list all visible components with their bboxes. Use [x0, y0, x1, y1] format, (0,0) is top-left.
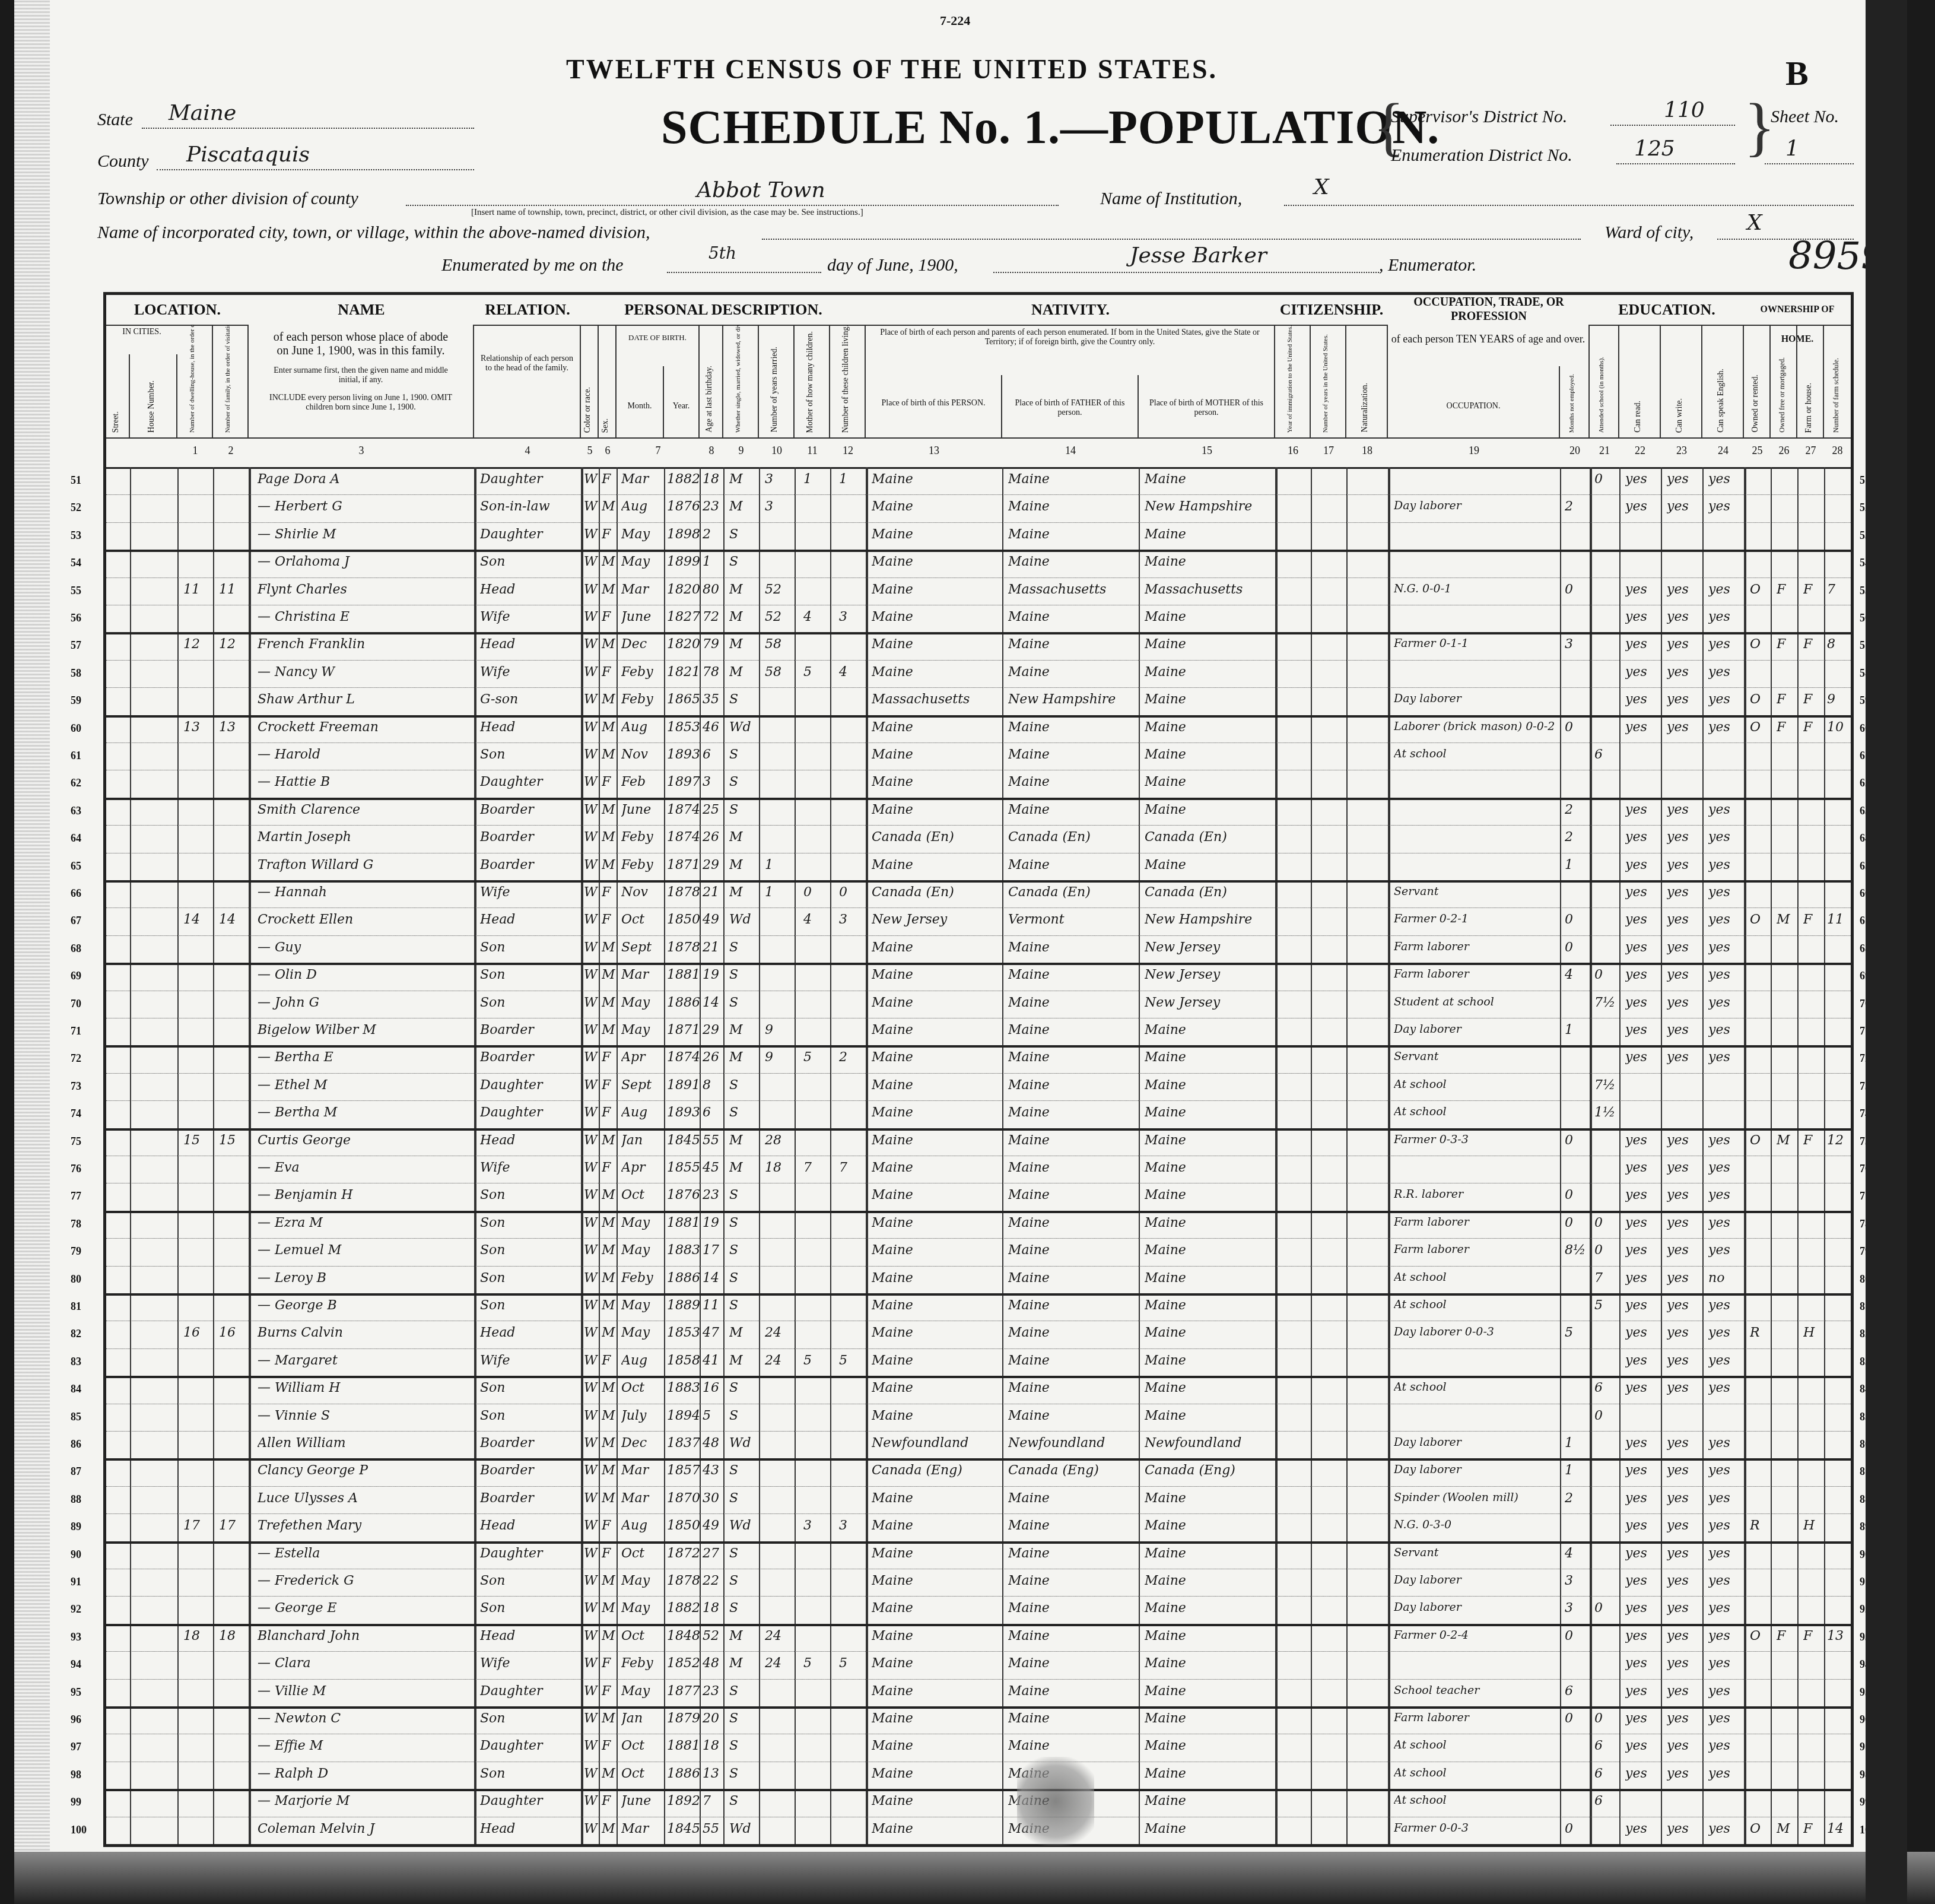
census-row: 94 — Clara Wife W F Feby 1852 48 M 24 5 … — [106, 1651, 1851, 1679]
birthplace-person: Maine — [872, 1601, 999, 1616]
relation: G-son — [480, 692, 578, 707]
line-number-left: 90 — [71, 1548, 81, 1561]
sex: M — [602, 1601, 617, 1616]
birthplace-mother: Maine — [1145, 1078, 1272, 1093]
can-speak-english: yes — [1708, 1436, 1743, 1451]
birth-month: Feby — [621, 692, 663, 707]
person-name: — George E — [258, 1601, 471, 1616]
person-name: — Ethel M — [258, 1078, 471, 1093]
months-unemployed: 0 — [1565, 1711, 1588, 1726]
birthplace-father: Maine — [1008, 1325, 1136, 1340]
line-number-left: 67 — [71, 915, 81, 927]
months-unemployed: 0 — [1565, 1822, 1588, 1836]
birth-year: 1881 — [667, 967, 700, 982]
birthplace-person: Maine — [872, 1298, 999, 1313]
person-name: Flynt Charles — [258, 582, 471, 597]
school-months: 6 — [1594, 1766, 1618, 1781]
can-read: yes — [1625, 802, 1660, 817]
can-read: yes — [1625, 912, 1660, 927]
birth-month: Mar — [621, 1463, 663, 1478]
census-row: 89 17 17 Trefethen Mary Head W F Aug 185… — [106, 1513, 1851, 1543]
birthplace-father: Maine — [1008, 1381, 1136, 1395]
birthplace-father: Maine — [1008, 1216, 1136, 1230]
can-write: yes — [1667, 885, 1701, 900]
birthplace-mother: Maine — [1145, 1381, 1272, 1395]
relation: Head — [480, 1822, 578, 1836]
person-name: — Newton C — [258, 1711, 471, 1726]
page-edge-right — [1866, 0, 1907, 1904]
age: 52 — [703, 1629, 723, 1643]
family-number: 14 — [219, 912, 246, 927]
school-months: 1½ — [1594, 1105, 1618, 1120]
age: 14 — [703, 1271, 723, 1286]
can-read: yes — [1625, 1738, 1660, 1753]
farm-house: F — [1803, 1629, 1822, 1643]
age: 11 — [703, 1298, 723, 1313]
group-citizenship: CITIZENSHIP. — [1275, 295, 1388, 326]
month-label: Month. — [628, 402, 652, 411]
person-name: — Nancy W — [258, 665, 471, 680]
can-write: yes — [1667, 1684, 1701, 1699]
marital-status: S — [729, 1105, 759, 1120]
census-row: 62 — Hattie B Daughter W F Feb 1897 3 S … — [106, 770, 1851, 799]
person-name: — Leroy B — [258, 1271, 471, 1286]
census-row: 51 Page Dora A Daughter W F Mar 1882 18 … — [106, 467, 1851, 495]
marital-status: S — [729, 1408, 759, 1423]
institution-line — [1284, 205, 1854, 206]
school-months: 0 — [1594, 472, 1618, 487]
can-read: yes — [1625, 1050, 1660, 1065]
birthplace-mother: Newfoundland — [1145, 1436, 1272, 1451]
birthplace-mother: Maine — [1145, 1656, 1272, 1671]
can-read: yes — [1625, 692, 1660, 707]
birth-year: 1878 — [667, 1573, 700, 1588]
can-read: yes — [1625, 610, 1660, 624]
can-read: yes — [1625, 1573, 1660, 1588]
mother-of: 5 — [803, 1656, 830, 1671]
can-write: yes — [1667, 1518, 1701, 1533]
col-num: 25 — [1744, 445, 1771, 457]
birthplace-mother: Maine — [1145, 1243, 1272, 1258]
marital-status: M — [729, 472, 759, 487]
occupation-header: OCCUPATION. — [1388, 366, 1560, 437]
supervisor-line — [1610, 125, 1735, 126]
months-unemployed: 0 — [1565, 912, 1588, 927]
sheet-line — [1765, 163, 1854, 164]
years-married: 1 — [765, 858, 795, 872]
sex: F — [602, 1078, 617, 1093]
birthplace-mother: Maine — [1145, 1546, 1272, 1561]
ward-value: X — [1747, 211, 1762, 235]
marital-status: S — [729, 1078, 759, 1093]
school-months: 7½ — [1594, 995, 1618, 1010]
city-line — [762, 239, 1581, 240]
color-race: W — [584, 1794, 599, 1808]
sex: F — [602, 1353, 617, 1368]
color-race: W — [584, 692, 599, 707]
relation: Boarder — [480, 1463, 578, 1478]
line-number-left: 72 — [71, 1052, 81, 1065]
marital-status: M — [729, 1325, 759, 1340]
sex: M — [602, 1381, 617, 1395]
birth-month: Oct — [621, 1381, 663, 1395]
birthplace-father: Maine — [1008, 1133, 1136, 1148]
immigration-label: Year of immigration to the United States… — [1286, 325, 1294, 433]
sex: M — [602, 1188, 617, 1202]
can-speak-english: yes — [1708, 1188, 1743, 1202]
birth-year: 1881 — [667, 1738, 700, 1753]
children-living: 3 — [839, 1518, 866, 1533]
col-num: 6 — [599, 445, 617, 457]
birth-year: 1897 — [667, 775, 700, 789]
marital-status: S — [729, 802, 759, 817]
can-speak-english: yes — [1708, 1160, 1743, 1175]
years-married: 3 — [765, 472, 795, 487]
occupation: Farmer 0-1-1 — [1394, 637, 1557, 650]
line-number-left: 87 — [71, 1465, 81, 1478]
group-location: LOCATION. — [106, 295, 249, 326]
birth-year: 1874 — [667, 830, 700, 845]
can-read: yes — [1625, 1684, 1660, 1699]
can-write: yes — [1667, 1216, 1701, 1230]
can-read: yes — [1625, 472, 1660, 487]
mother-of: 1 — [803, 472, 830, 487]
occupation: Laborer (brick mason) 0-0-2 — [1394, 720, 1557, 733]
color-race: W — [584, 1381, 599, 1395]
birthplace-person: Canada (En) — [872, 885, 999, 900]
birth-month: Mar — [621, 582, 663, 597]
col-num: 1 — [177, 445, 213, 457]
census-row: 69 — Olin D Son W M Mar 1881 19 S Maine … — [106, 963, 1851, 991]
census-row: 82 16 16 Burns Calvin Head W M May 1853 … — [106, 1321, 1851, 1348]
birth-year: 1820 — [667, 637, 700, 652]
birthplace-mother: Maine — [1145, 1601, 1272, 1616]
birth-year: 1878 — [667, 885, 700, 900]
birthplace-mother: Maine — [1145, 637, 1272, 652]
birth-year: 1872 — [667, 1546, 700, 1561]
house-number-label: House Number. — [147, 380, 157, 433]
age: 3 — [703, 775, 723, 789]
col-num: 27 — [1797, 445, 1824, 457]
nativity-desc-header: Place of birth of each person and parent… — [866, 325, 1275, 375]
birthplace-mother: Maine — [1145, 1408, 1272, 1423]
birthplace-person: Maine — [872, 1325, 999, 1340]
census-row: 71 Bigelow Wilber M Boarder W M May 1871… — [106, 1018, 1851, 1048]
farm-schedule: 11 — [1827, 912, 1851, 927]
birthplace-mother: Maine — [1145, 802, 1272, 817]
color-race: W — [584, 775, 599, 789]
marital-status: M — [729, 1656, 759, 1671]
can-read: yes — [1625, 1023, 1660, 1037]
birth-month: May — [621, 995, 663, 1010]
can-write: yes — [1667, 472, 1701, 487]
col-num: 10 — [759, 445, 795, 457]
institution-value: X — [1314, 175, 1329, 199]
birth-mother-label: Place of birth of MOTHER of this person. — [1149, 399, 1263, 417]
person-name: — Vinnie S — [258, 1408, 471, 1423]
years-married: 58 — [765, 637, 795, 652]
line-number-left: 83 — [71, 1356, 81, 1368]
age: 48 — [703, 1436, 723, 1451]
farm-house: H — [1803, 1518, 1822, 1533]
color-race: W — [584, 1656, 599, 1671]
occupation: Day laborer — [1394, 1601, 1557, 1614]
birthplace-father: Maine — [1008, 802, 1136, 817]
relation: Son — [480, 1188, 578, 1202]
school-months: 5 — [1594, 1298, 1618, 1313]
age: 72 — [703, 610, 723, 624]
birthplace-father: Maine — [1008, 720, 1136, 735]
relation: Son — [480, 1381, 578, 1395]
relation: Daughter — [480, 1794, 578, 1808]
line-number-left: 60 — [71, 722, 81, 735]
census-row: 67 14 14 Crockett Ellen Head W F Oct 185… — [106, 907, 1851, 935]
can-read: yes — [1625, 1601, 1660, 1616]
person-name: — Ralph D — [258, 1766, 471, 1781]
can-write: yes — [1667, 1243, 1701, 1258]
relation: Son — [480, 554, 578, 569]
birth-month: May — [621, 1243, 663, 1258]
birthplace-person: Maine — [872, 637, 999, 652]
dwelling-number: 11 — [183, 582, 210, 597]
marital-status: M — [729, 1160, 759, 1175]
line-number-left: 99 — [71, 1796, 81, 1808]
line-number-left: 53 — [71, 529, 81, 542]
sex: F — [602, 610, 617, 624]
birthplace-mother: Canada (En) — [1145, 830, 1272, 845]
can-write: yes — [1667, 1738, 1701, 1753]
occupation: Farm laborer — [1394, 1243, 1557, 1256]
birthplace-father: Maine — [1008, 1684, 1136, 1699]
name-include: INCLUDE every person living on June 1, 1… — [266, 394, 455, 412]
birthplace-mother: Maine — [1145, 610, 1272, 624]
can-speak-english: yes — [1708, 1738, 1743, 1753]
marital-status: S — [729, 1601, 759, 1616]
occupation: Day laborer 0-0-3 — [1394, 1325, 1557, 1338]
can-speak-english: yes — [1708, 1684, 1743, 1699]
birthplace-mother: Maine — [1145, 1491, 1272, 1506]
birthplace-father: Maine — [1008, 747, 1136, 762]
birthplace-mother: Maine — [1145, 1766, 1272, 1781]
age: 23 — [703, 499, 723, 514]
birth-year: 1876 — [667, 499, 700, 514]
color-race: W — [584, 1518, 599, 1533]
family-number: 15 — [219, 1133, 246, 1148]
house-number-header: House Number. — [130, 354, 177, 437]
marital-status: S — [729, 1188, 759, 1202]
can-speak-english: yes — [1708, 940, 1743, 955]
census-row: 99 — Marjorie M Daughter W F June 1892 7… — [106, 1789, 1851, 1817]
school-months: 0 — [1594, 1711, 1618, 1726]
birthplace-mother: Maine — [1145, 1518, 1272, 1533]
census-row: 56 — Christina E Wife W F June 1827 72 M… — [106, 605, 1851, 634]
can-speak-english: yes — [1708, 885, 1743, 900]
relation: Head — [480, 1325, 578, 1340]
birth-month: May — [621, 1298, 663, 1313]
line-number-left: 55 — [71, 585, 81, 597]
person-name: Shaw Arthur L — [258, 692, 471, 707]
color-race: W — [584, 554, 599, 569]
census-row: 84 — William H Son W M Oct 1883 16 S Mai… — [106, 1376, 1851, 1404]
months-unemployed: 8½ — [1565, 1243, 1588, 1258]
birthplace-father: Canada (En) — [1008, 830, 1136, 845]
line-number-left: 51 — [71, 474, 81, 487]
color-race: W — [584, 472, 599, 487]
group-occupation: OCCUPATION, TRADE, OR PROFESSION — [1388, 295, 1590, 325]
birth-year: 1899 — [667, 554, 700, 569]
birthplace-person: Maine — [872, 940, 999, 955]
age: 6 — [703, 1105, 723, 1120]
person-name: — Estella — [258, 1546, 471, 1561]
birthplace-father: Maine — [1008, 1243, 1136, 1258]
col-num: 3 — [249, 445, 474, 457]
marital-status: S — [729, 1216, 759, 1230]
birth-year: 1886 — [667, 995, 700, 1010]
birthplace-father: Canada (Eng) — [1008, 1463, 1136, 1478]
age: 29 — [703, 858, 723, 872]
age: 29 — [703, 1023, 723, 1037]
occupation: Farm laborer — [1394, 1216, 1557, 1229]
birthplace-mother: New Hampshire — [1145, 912, 1272, 927]
col-num: 21 — [1590, 445, 1619, 457]
state-label: State — [97, 110, 133, 130]
color-race: W — [584, 665, 599, 680]
can-speak-english: yes — [1708, 1325, 1743, 1340]
line-number-left: 92 — [71, 1603, 81, 1616]
relation: Daughter — [480, 527, 578, 542]
birthplace-mother: Maine — [1145, 1738, 1272, 1753]
sex: F — [602, 912, 617, 927]
name-desc: of each person whose place of abode on J… — [266, 331, 455, 358]
can-speak-english: yes — [1708, 1381, 1743, 1395]
occupation: At school — [1394, 747, 1557, 760]
occupation: Farmer 0-0-3 — [1394, 1822, 1557, 1835]
birthplace-person: Canada (Eng) — [872, 1463, 999, 1478]
person-name: — Herbert G — [258, 499, 471, 514]
line-number-left: 100 — [71, 1824, 87, 1836]
mother-of: 5 — [803, 1050, 830, 1065]
years-us-header: Number of years in the United States. — [1311, 325, 1346, 437]
birthplace-person: Maine — [872, 1711, 999, 1726]
marital-status: Wd — [729, 720, 759, 735]
color-race: W — [584, 940, 599, 955]
relation: Son-in-law — [480, 499, 578, 514]
occupation: N.G. 0-3-0 — [1394, 1518, 1557, 1531]
birthplace-mother: Maine — [1145, 527, 1272, 542]
person-name: — William H — [258, 1381, 471, 1395]
can-read: yes — [1625, 720, 1660, 735]
relation: Daughter — [480, 775, 578, 789]
age: 25 — [703, 802, 723, 817]
enumerated-prefix: Enumerated by me on the — [441, 255, 624, 275]
color-race: W — [584, 1216, 599, 1230]
birthplace-person: Maine — [872, 1794, 999, 1808]
census-page: 7-224 TWELFTH CENSUS OF THE UNITED STATE… — [14, 0, 1907, 1904]
sex: M — [602, 582, 617, 597]
birth-month: Dec — [621, 1436, 663, 1451]
dob-label: DATE OF BIRTH. — [628, 333, 687, 342]
sex: M — [602, 499, 617, 514]
birthplace-mother: Maine — [1145, 1298, 1272, 1313]
census-row: 87 Clancy George P Boarder W M Mar 1857 … — [106, 1458, 1851, 1486]
person-name: — Harold — [258, 747, 471, 762]
birth-year: 1852 — [667, 1656, 700, 1671]
owned-rented: O — [1750, 1133, 1769, 1148]
relation: Son — [480, 1243, 578, 1258]
color-race: W — [584, 830, 599, 845]
birthplace-father: Maine — [1008, 1298, 1136, 1313]
farm-house: F — [1803, 637, 1822, 652]
col-num: 14 — [1002, 445, 1139, 457]
enumerator-label: , Enumerator. — [1379, 255, 1476, 275]
birth-year: 1871 — [667, 1023, 700, 1037]
birthplace-person: Maine — [872, 1381, 999, 1395]
sex: M — [602, 637, 617, 652]
birth-year: 1820 — [667, 582, 700, 597]
birthplace-person: Maine — [872, 1491, 999, 1506]
township-line — [406, 205, 1059, 206]
line-number-left: 91 — [71, 1576, 81, 1588]
enumerator-name: Jesse Barker — [1130, 243, 1267, 268]
occupation: N.G. 0-0-1 — [1394, 582, 1557, 595]
color-race: W — [584, 1078, 599, 1093]
sex: M — [602, 940, 617, 955]
col-num: 5 — [581, 445, 599, 457]
can-write: yes — [1667, 1381, 1701, 1395]
can-write: yes — [1667, 1271, 1701, 1286]
person-name: Clancy George P — [258, 1463, 471, 1478]
can-read: yes — [1625, 1271, 1660, 1286]
can-speak-english: yes — [1708, 610, 1743, 624]
relation: Son — [480, 940, 578, 955]
color-race: W — [584, 1711, 599, 1726]
sex: F — [602, 527, 617, 542]
line-number-left: 65 — [71, 860, 81, 872]
birth-month: Mar — [621, 967, 663, 982]
col-num: 16 — [1275, 445, 1311, 457]
census-row: 52 — Herbert G Son-in-law W M Aug 1876 2… — [106, 494, 1851, 522]
census-row: 61 — Harold Son W M Nov 1893 6 S Maine M… — [106, 742, 1851, 770]
can-speak-english: yes — [1708, 1822, 1743, 1836]
line-number-left: 78 — [71, 1218, 81, 1230]
can-read: yes — [1625, 967, 1660, 982]
farm-house: F — [1803, 912, 1822, 927]
owned-free: F — [1777, 1629, 1796, 1643]
mother-of: 7 — [803, 1160, 830, 1175]
birthplace-father: Maine — [1008, 472, 1136, 487]
census-row: 53 — Shirlie M Daughter W F May 1898 2 S… — [106, 522, 1851, 552]
birth-year: 1878 — [667, 940, 700, 955]
school-months: 0 — [1594, 1601, 1618, 1616]
can-read: yes — [1625, 1822, 1660, 1836]
township-value: Abbot Town — [697, 178, 825, 202]
marital-status: S — [729, 967, 759, 982]
can-read: yes — [1625, 1216, 1660, 1230]
birth-year: 1889 — [667, 1298, 700, 1313]
children-living: 5 — [839, 1353, 866, 1368]
line-number-left: 84 — [71, 1383, 81, 1395]
birthplace-person: Maine — [872, 1078, 999, 1093]
line-number-left: 86 — [71, 1438, 81, 1451]
can-write: yes — [1667, 940, 1701, 955]
marital-status: M — [729, 858, 759, 872]
birth-month: Sept — [621, 940, 663, 955]
color-race: W — [584, 637, 599, 652]
birthplace-person: Maine — [872, 665, 999, 680]
color-race: W — [584, 1133, 599, 1148]
marital-status: S — [729, 1794, 759, 1808]
owned-free-header: Owned free or mortgaged. — [1771, 325, 1797, 437]
